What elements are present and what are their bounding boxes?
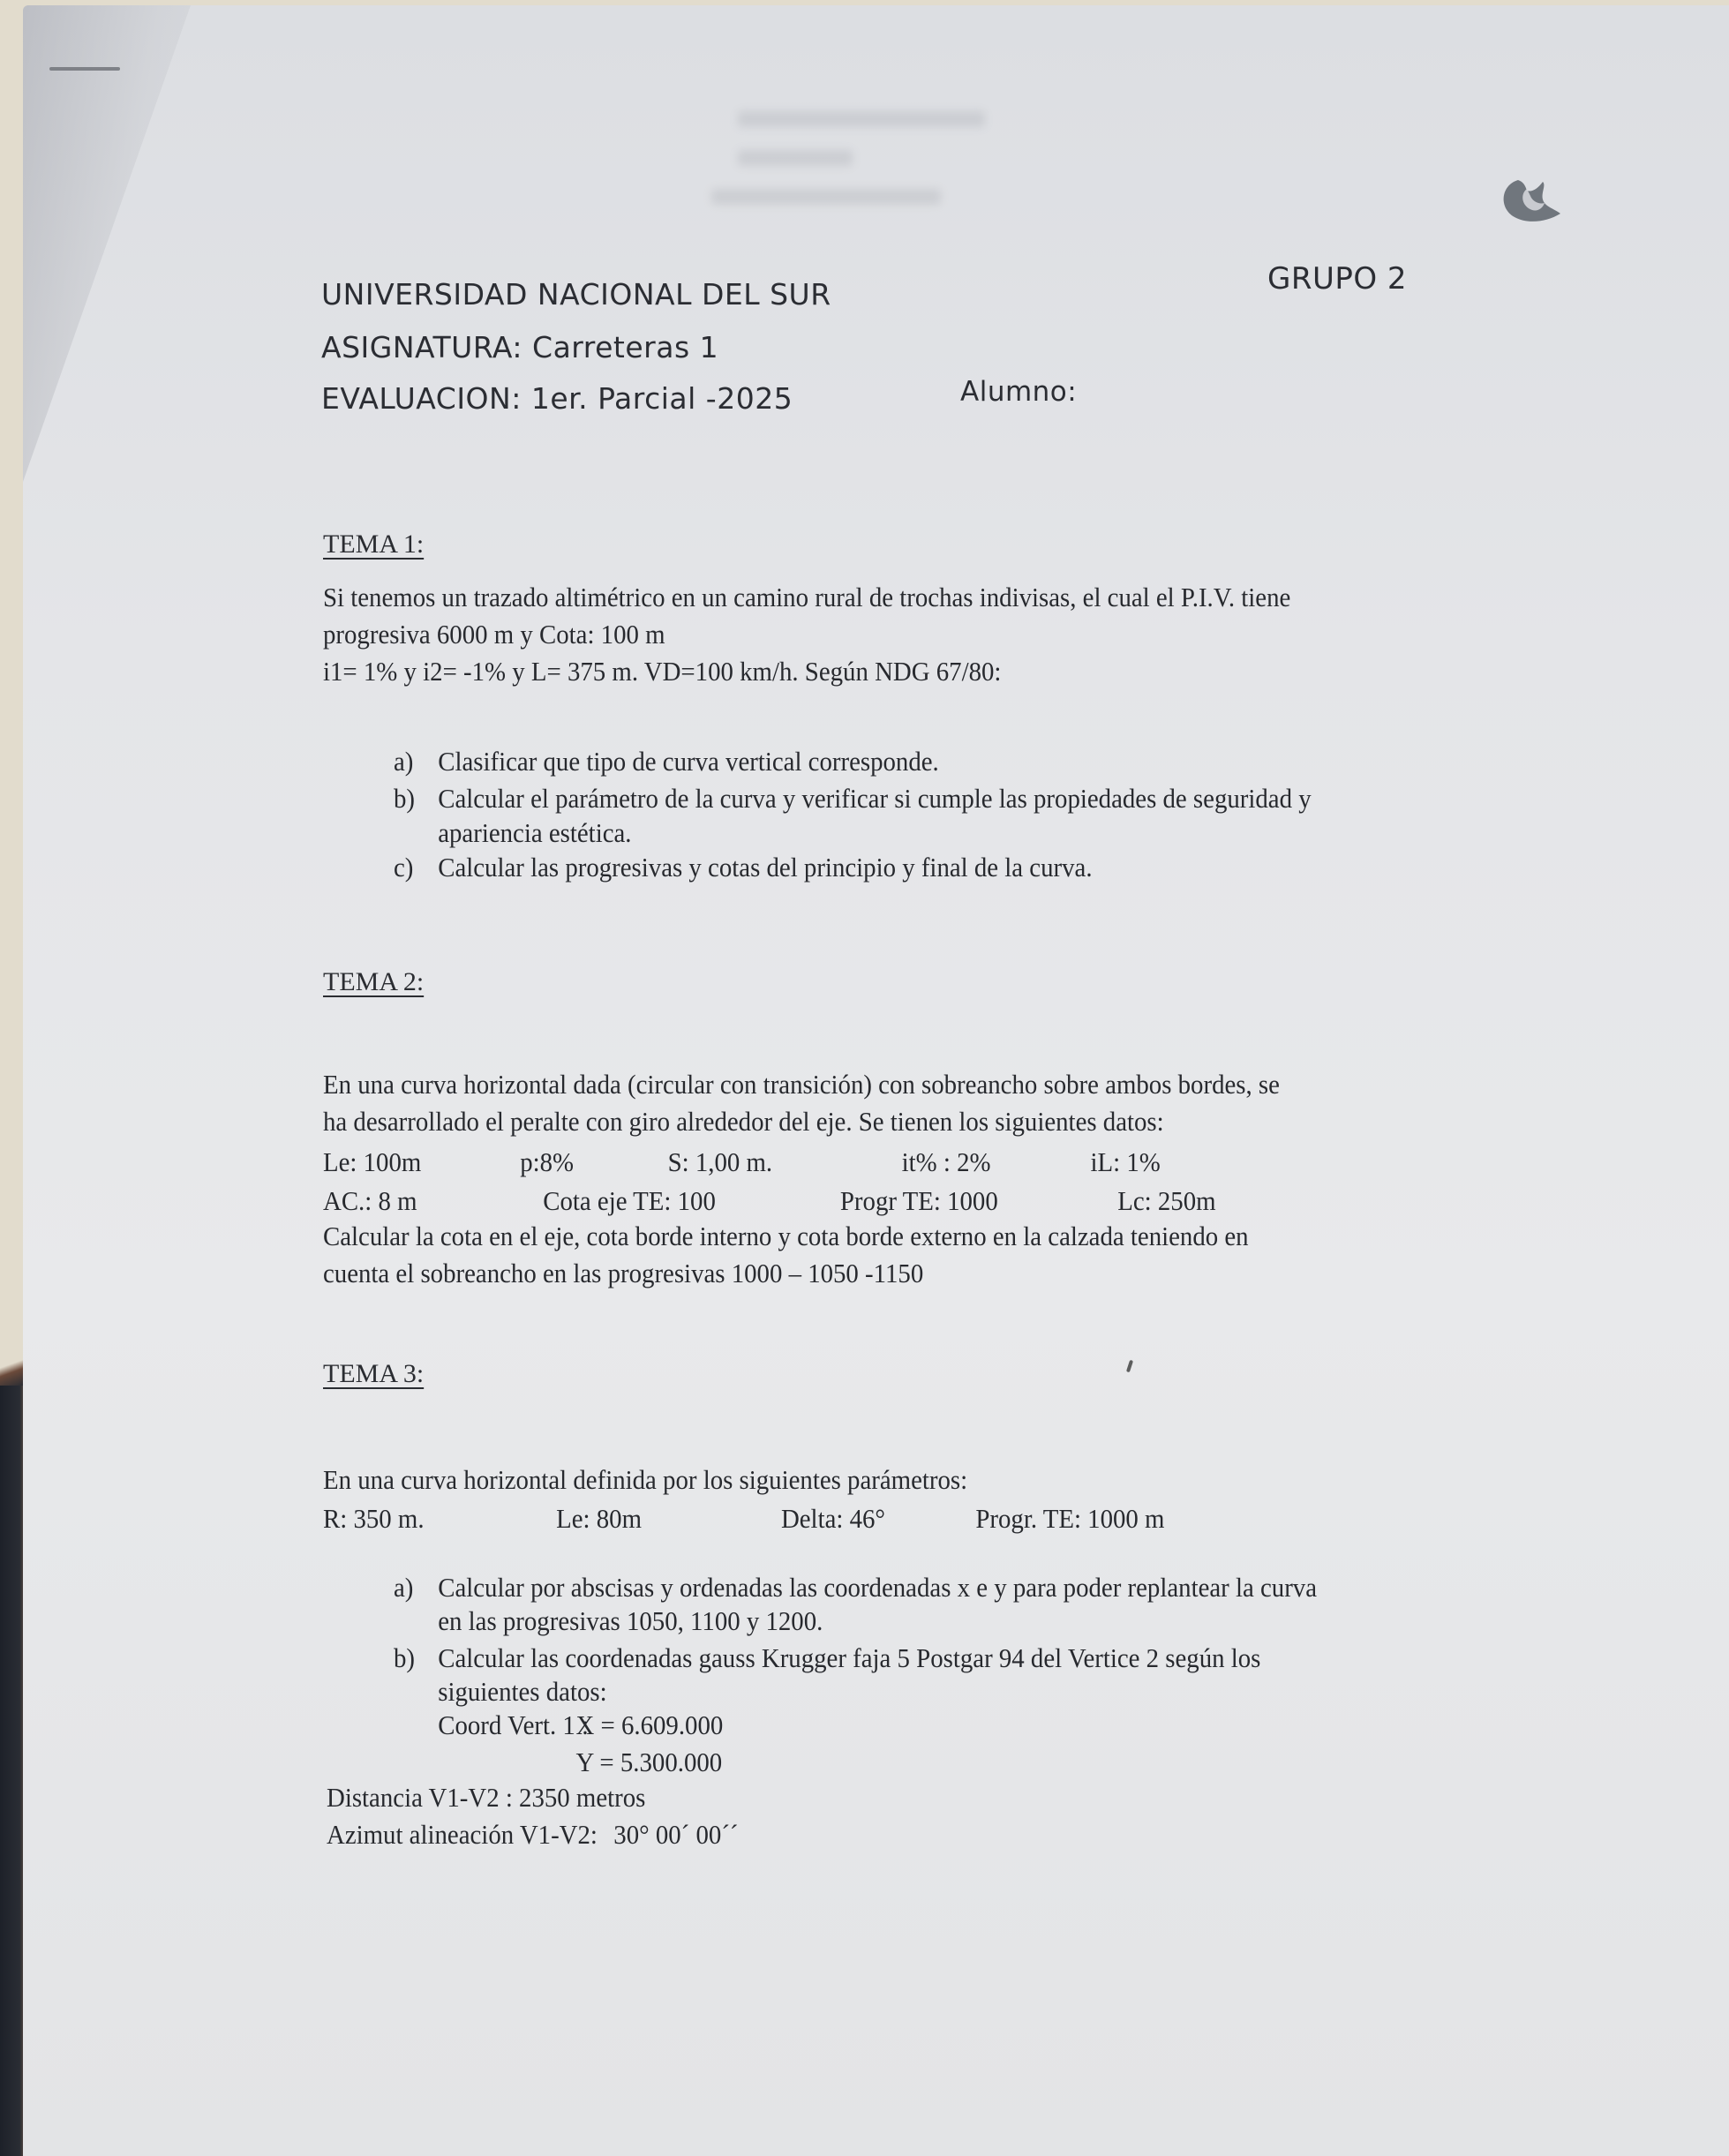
tema1-statement-line: Si tenemos un trazado altimétrico en un … bbox=[323, 579, 1571, 616]
item-text: Clasificar que tipo de curva vertical co… bbox=[438, 743, 939, 780]
tema3-title: TEMA 3: bbox=[323, 1359, 424, 1389]
coord-y: Y = 5.300.000 bbox=[575, 1744, 722, 1781]
item-text: en las progresivas 1050, 1100 y 1200. bbox=[438, 1606, 1317, 1636]
evaluation-label: EVALUACION: 1er. Parcial -2025 bbox=[321, 381, 793, 416]
item-text: apariencia estética. bbox=[438, 817, 1311, 849]
item-marker: a) bbox=[394, 1569, 438, 1636]
tema1-item-c: c) Calcular las progresivas y cotas del … bbox=[394, 849, 1642, 886]
data-cota-eje: Cota eje TE: 100 bbox=[543, 1183, 716, 1220]
tema2-task-line: Calcular la cota en el eje, cota borde i… bbox=[323, 1218, 1571, 1255]
data-progr-te: Progr. TE: 1000 m bbox=[975, 1500, 1164, 1537]
coord-x: X = 6.609.000 bbox=[575, 1707, 723, 1744]
university-name: UNIVERSIDAD NACIONAL DEL SUR bbox=[321, 277, 831, 312]
azimuth-value: 30° 00´ 00´´ bbox=[613, 1819, 738, 1850]
tema1-statement: Si tenemos un trazado altimétrico en un … bbox=[323, 579, 1571, 690]
student-name-label: Alumno: bbox=[960, 376, 1077, 408]
data-il: iL: 1% bbox=[1091, 1144, 1161, 1181]
tema1-items: a) Clasificar que tipo de curva vertical… bbox=[394, 743, 1642, 886]
data-r: R: 350 m. bbox=[323, 1500, 425, 1537]
item-text: Calcular las progresivas y cotas del pri… bbox=[438, 849, 1092, 886]
background-table-edge bbox=[0, 1377, 25, 2156]
data-s: S: 1,00 m. bbox=[668, 1144, 773, 1181]
azimuth-v1-v2: Azimut alineación V1-V2: 30° 00´ 00´´ bbox=[327, 1816, 1575, 1853]
tema1-statement-line: i1= 1% y i2= -1% y L= 375 m. VD=100 km/h… bbox=[323, 653, 1571, 690]
data-le: Le: 100m bbox=[323, 1144, 421, 1181]
item-text: Calcular las coordenadas gauss Krugger f… bbox=[438, 1640, 1260, 1677]
tema2-statement-line: ha desarrollado el peralte con giro alre… bbox=[323, 1103, 1571, 1140]
data-lc: Lc: 250m bbox=[1117, 1183, 1215, 1220]
tema2-statement-line: En una curva horizontal dada (circular c… bbox=[323, 1066, 1571, 1103]
subject-label: ASIGNATURA: Carreteras 1 bbox=[321, 330, 718, 364]
item-text: Calcular el parámetro de la curva y veri… bbox=[438, 780, 1311, 817]
tema1-item-a: a) Clasificar que tipo de curva vertical… bbox=[394, 743, 1642, 780]
bleed-through-text bbox=[711, 111, 1047, 244]
item-text: Calcular por abscisas y ordenadas las co… bbox=[438, 1569, 1317, 1606]
tema3-statement: En una curva horizontal definida por los… bbox=[323, 1461, 1571, 1499]
coord-label: Coord Vert. 1 : bbox=[438, 1707, 589, 1744]
tema2-task: Calcular la cota en el eje, cota borde i… bbox=[323, 1218, 1571, 1292]
exam-sheet: UNIVERSIDAD NACIONAL DEL SUR ASIGNATURA:… bbox=[23, 5, 1729, 2156]
tema2-task-line: cuenta el sobreancho en las progresivas … bbox=[323, 1255, 1571, 1292]
item-marker: a) bbox=[394, 743, 438, 780]
data-le: Le: 80m bbox=[556, 1500, 642, 1537]
item-marker: c) bbox=[394, 849, 438, 886]
tema3-items: a) Calcular por abscisas y ordenadas las… bbox=[394, 1569, 1642, 1781]
tema1-item-b: b) Calcular el parámetro de la curva y v… bbox=[394, 780, 1642, 849]
distance-v1-v2: Distancia V1-V2 : 2350 metros bbox=[327, 1779, 1575, 1816]
item-marker: b) bbox=[394, 1640, 438, 1781]
tema3-item-a: a) Calcular por abscisas y ordenadas las… bbox=[394, 1569, 1642, 1636]
ink-speck bbox=[1126, 1360, 1133, 1373]
tema3-item-b: b) Calcular las coordenadas gauss Krugge… bbox=[394, 1640, 1642, 1781]
item-marker: b) bbox=[394, 780, 438, 849]
data-it: it% : 2% bbox=[902, 1144, 991, 1181]
university-logo-icon bbox=[1492, 173, 1571, 226]
data-progr-te: Progr TE: 1000 bbox=[840, 1183, 998, 1220]
azimuth-label: Azimut alineación V1-V2: bbox=[327, 1819, 598, 1850]
item-text: siguientes datos: bbox=[438, 1677, 1260, 1707]
group-label: GRUPO 2 bbox=[1267, 261, 1407, 297]
data-ac: AC.: 8 m bbox=[323, 1183, 417, 1220]
data-p: p:8% bbox=[520, 1144, 574, 1181]
tema2-statement: En una curva horizontal dada (circular c… bbox=[323, 1066, 1571, 1140]
tema1-title: TEMA 1: bbox=[323, 530, 424, 560]
fold-shadow bbox=[23, 5, 191, 800]
tema1-statement-line: progresiva 6000 m y Cota: 100 m bbox=[323, 616, 1571, 653]
tema2-title: TEMA 2: bbox=[323, 967, 424, 997]
data-delta: Delta: 46° bbox=[781, 1500, 885, 1537]
stray-mark bbox=[49, 67, 120, 71]
vertex-1-coordinates: Coord Vert. 1 : X = 6.609.000 Y = 5.300.… bbox=[438, 1707, 1260, 1781]
